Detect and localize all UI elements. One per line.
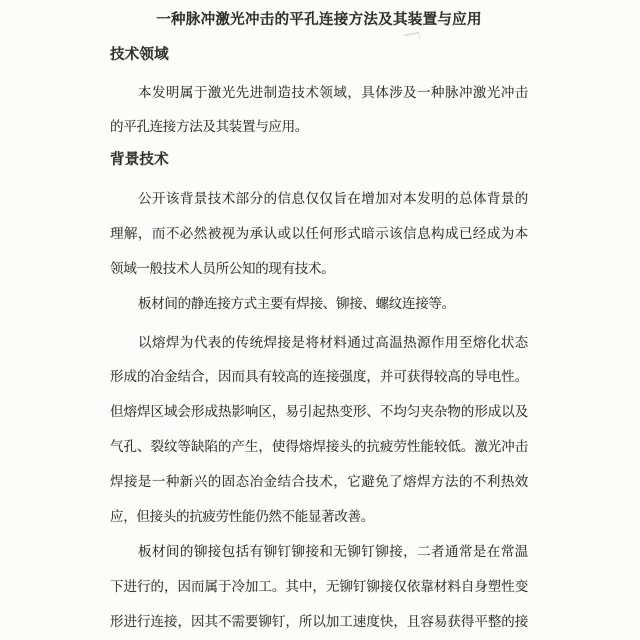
scanned-patent-page: 一种脉冲激光冲击的平孔连接方法及其装置与应用 技术领域 本发明属于激光先进制造技… [0,0,640,640]
para-background-info-line-3: 领域一般技术人员所公知的现有技术。 [110,260,528,277]
para-static-connection-line-1: 板材间的静连接方式主要有焊接、铆接、螺纹连接等。 [110,295,528,312]
para-background-info-line-1: 公开该背景技术部分的信息仅仅旨在增加对本发明的总体背景的 [110,190,528,207]
para-fusion-welding-line-4: 气孔、裂纹等缺陷的产生，使得熔焊接头的抗疲劳性能较低。激光冲击 [110,438,528,455]
para-fusion-welding-line-6: 应，但接头的抗疲劳性能仍然不能显著改善。 [110,508,528,525]
para-fusion-welding-line-1: 以熔焊为代表的传统焊接是将材料通过高温热源作用至熔化状态 [110,334,528,351]
heading-technical-field: 技术领域 [110,47,528,64]
para-technical-field-line-2: 的平孔连接方法及其装置与应用。 [110,118,528,135]
para-technical-field-line-1: 本发明属于激光先进制造技术领域，具体涉及一种脉冲激光冲击 [110,84,528,101]
para-fusion-welding-line-5: 焊接是一种新兴的固态冶金结合技术，它避免了熔焊方法的不利热效 [110,473,528,490]
para-background-info-line-2: 理解，而不必然被视为承认或以任何形式暗示该信息构成已经成为本 [110,225,528,242]
para-fusion-welding-line-2: 形成的冶金结合，因而具有较高的连接强度，并可获得较高的导电性。 [110,368,528,385]
para-fusion-welding-line-3: 但熔焊区域会形成热影响区，易引起热变形、不均匀夹杂物的形成以及 [110,403,528,420]
para-riveting-line-3: 形进行连接，因其不需要铆钉，所以加工速度快，且容易获得平整的接 [110,613,528,630]
scan-smudge-artifact [403,32,420,43]
document-title: 一种脉冲激光冲击的平孔连接方法及其装置与应用 [110,12,528,29]
heading-background-art: 背景技术 [110,152,528,169]
para-riveting-line-1: 板材间的铆接包括有铆钉铆接和无铆钉铆接，二者通常是在常温 [110,543,528,560]
para-riveting-line-2: 下进行的，因而属于冷加工。其中，无铆钉铆接仅依靠材料自身塑性变 [110,578,528,595]
